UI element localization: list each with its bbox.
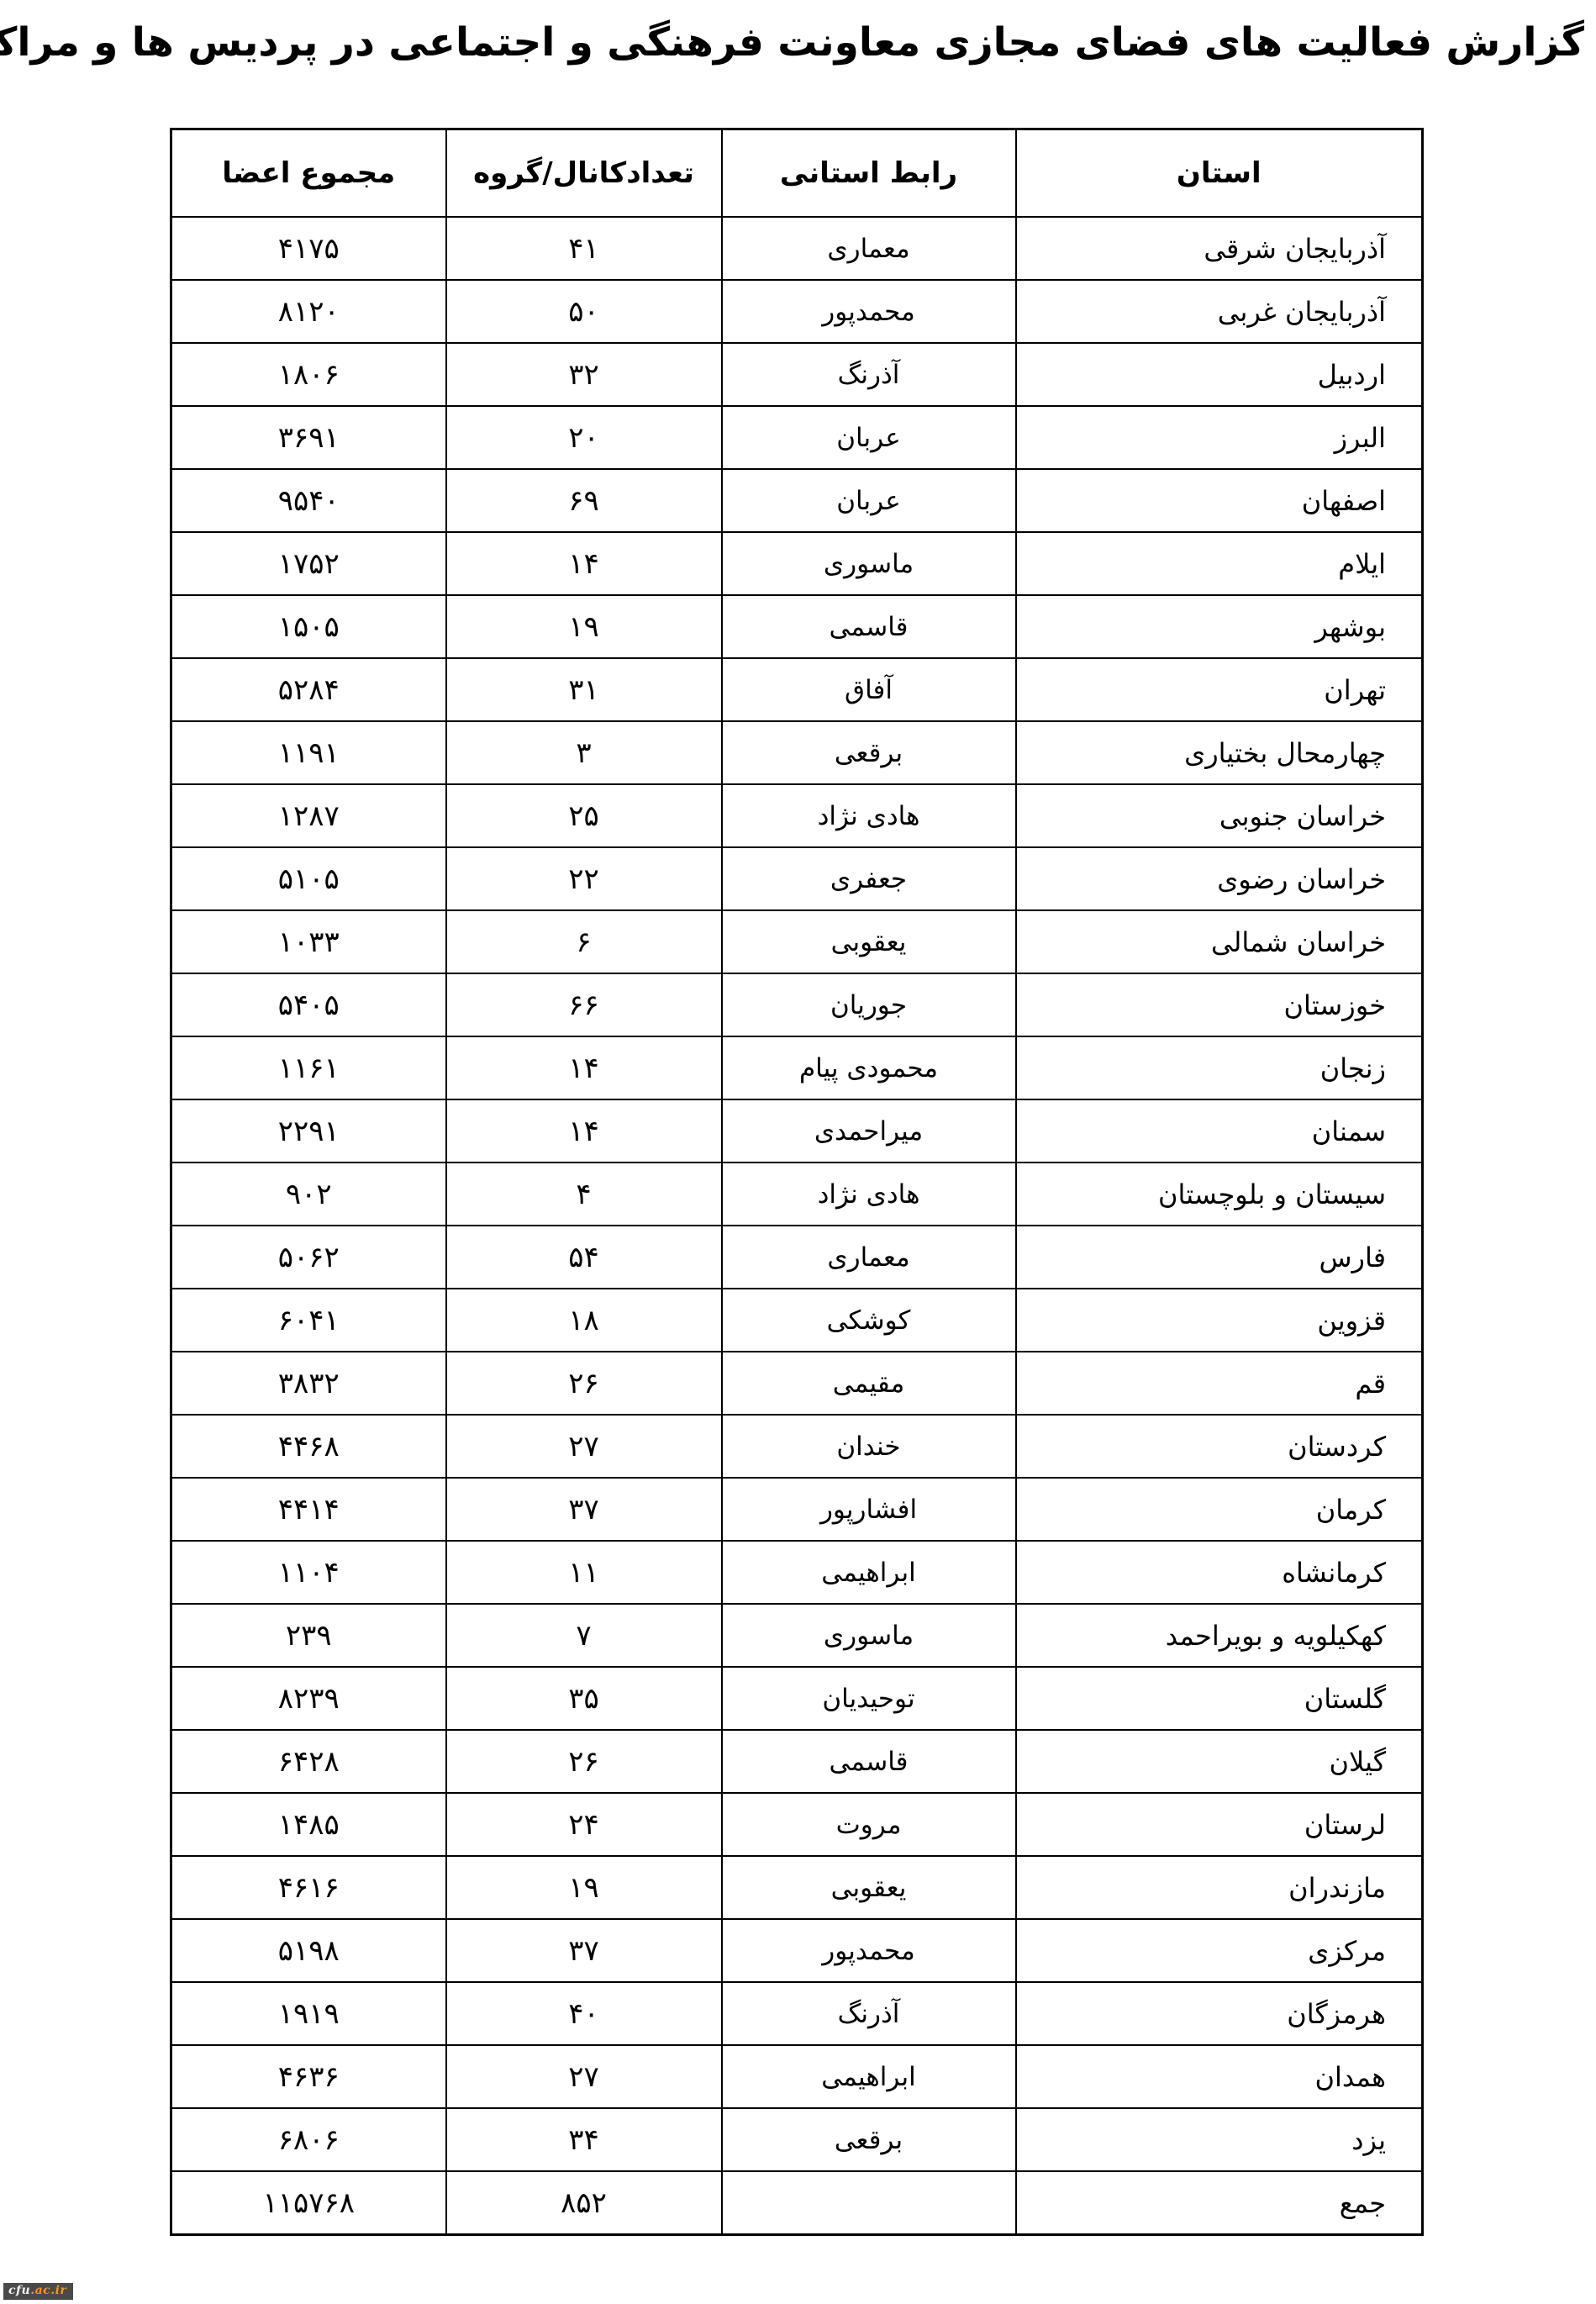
table-row-cell-channels: ۶	[446, 910, 722, 973]
table-row-cell-channels: ۲۲	[446, 847, 722, 910]
table-row-cell-province: خراسان جنوبی	[1016, 784, 1423, 847]
table-row: سمنانمیراحمدی۱۴۲۲۹۱	[171, 1099, 1423, 1163]
table-row-cell-channels: ۴۰	[446, 1982, 722, 2045]
table-row: همدانابراهیمی۲۷۴۶۳۶	[171, 2045, 1423, 2108]
total-row-cell-liaison	[722, 2171, 1016, 2235]
table-row-cell-members: ۱۱۶۱	[171, 1036, 446, 1099]
table-row-cell-province: کرمانشاه	[1016, 1541, 1423, 1604]
table-row-cell-province: سمنان	[1016, 1099, 1423, 1163]
table-row-cell-members: ۳۶۹۱	[171, 406, 446, 469]
table-row: خراسان رضویجعفری۲۲۵۱۰۵	[171, 847, 1423, 910]
table-row-cell-channels: ۲۶	[446, 1352, 722, 1415]
table-row-cell-members: ۸۱۲۰	[171, 280, 446, 343]
table-row-cell-liaison: یعقوبی	[722, 910, 1016, 973]
table-row: کردستانخندان۲۷۴۴۶۸	[171, 1415, 1423, 1478]
table-row: کرمانافشارپور۳۷۴۴۱۴	[171, 1478, 1423, 1541]
table-row-cell-province: فارس	[1016, 1226, 1423, 1289]
table-row-cell-liaison: ماسوری	[722, 1604, 1016, 1667]
table-row-cell-liaison: میراحمدی	[722, 1099, 1016, 1163]
table-row-cell-province: مرکزی	[1016, 1919, 1423, 1982]
table-row-cell-channels: ۱۴	[446, 1036, 722, 1099]
table-row-cell-liaison: عربان	[722, 406, 1016, 469]
table-row-cell-province: کردستان	[1016, 1415, 1423, 1478]
table-row-cell-channels: ۳۱	[446, 658, 722, 721]
table-row-cell-liaison: ابراهیمی	[722, 1541, 1016, 1604]
col-header-channels: تعدادکانال/گروه	[446, 129, 722, 218]
table-row-cell-channels: ۶۹	[446, 469, 722, 532]
table-row: فارسمعماری۵۴۵۰۶۲	[171, 1226, 1423, 1289]
table-row: آذربایجان غربیمحمدپور۵۰۸۱۲۰	[171, 280, 1423, 343]
table-row-cell-province: آذربایجان غربی	[1016, 280, 1423, 343]
table-row-cell-channels: ۳۷	[446, 1919, 722, 1982]
table-row-cell-province: همدان	[1016, 2045, 1423, 2108]
table-body: آذربایجان شرقیمعماری۴۱۴۱۷۵آذربایجان غربی…	[171, 217, 1423, 2235]
table-row: هرمزگانآذرنگ۴۰۱۹۱۹	[171, 1982, 1423, 2045]
table-row-cell-members: ۴۶۱۶	[171, 1856, 446, 1919]
table-row-cell-liaison: آذرنگ	[722, 1982, 1016, 2045]
table-row: البرزعربان۲۰۳۶۹۱	[171, 406, 1423, 469]
table-row-cell-province: مازندران	[1016, 1856, 1423, 1919]
table-row-cell-province: سیستان و بلوچستان	[1016, 1163, 1423, 1226]
table-row-cell-members: ۱۹۱۹	[171, 1982, 446, 2045]
table-row-cell-members: ۱۱۹۱	[171, 721, 446, 784]
report-page: گزارش فعالیت های فضای مجازی معاونت فرهنگ…	[0, 0, 1596, 68]
table-row-cell-province: بوشهر	[1016, 595, 1423, 658]
table-row-cell-members: ۵۴۰۵	[171, 973, 446, 1036]
table-row-cell-channels: ۳	[446, 721, 722, 784]
table-row-cell-liaison: مروت	[722, 1793, 1016, 1856]
table-row: بوشهرقاسمی۱۹۱۵۰۵	[171, 595, 1423, 658]
col-header-members: مجموع اعضا	[171, 129, 446, 218]
table-row-cell-channels: ۲۴	[446, 1793, 722, 1856]
page-title: گزارش فعالیت های فضای مجازی معاونت فرهنگ…	[0, 0, 1596, 68]
col-header-province: استان	[1016, 129, 1423, 218]
table-row: گلستانتوحیدیان۳۵۸۲۳۹	[171, 1667, 1423, 1730]
table-row-cell-members: ۲۳۹	[171, 1604, 446, 1667]
table-row-cell-liaison: هادی نژاد	[722, 784, 1016, 847]
table-row-cell-channels: ۱۴	[446, 532, 722, 595]
table-row: قممقیمی۲۶۳۸۳۲	[171, 1352, 1423, 1415]
table-row-cell-members: ۱۰۳۳	[171, 910, 446, 973]
table-row-cell-channels: ۳۷	[446, 1478, 722, 1541]
table-row: آذربایجان شرقیمعماری۴۱۴۱۷۵	[171, 217, 1423, 280]
table-row: اصفهانعربان۶۹۹۵۴۰	[171, 469, 1423, 532]
table-row-cell-liaison: معماری	[722, 1226, 1016, 1289]
table-row: خوزستانجوریان۶۶۵۴۰۵	[171, 973, 1423, 1036]
table-row: خراسان شمالییعقوبی۶۱۰۳۳	[171, 910, 1423, 973]
table-row: گیلانقاسمی۲۶۶۴۲۸	[171, 1730, 1423, 1793]
table-row-cell-channels: ۲۶	[446, 1730, 722, 1793]
table-row: اردبیلآذرنگ۳۲۱۸۰۶	[171, 343, 1423, 406]
table-row-cell-liaison: یعقوبی	[722, 1856, 1016, 1919]
table-row-cell-liaison: قاسمی	[722, 595, 1016, 658]
table-row-cell-members: ۶۴۲۸	[171, 1730, 446, 1793]
watermark-cfu-ac-ir: cfu.ac.ir	[3, 2283, 73, 2300]
table-row: زنجانمحمودی پیام۱۴۱۱۶۱	[171, 1036, 1423, 1099]
table-row-cell-members: ۹۰۲	[171, 1163, 446, 1226]
table-row-cell-members: ۴۴۱۴	[171, 1478, 446, 1541]
table-row-cell-channels: ۲۵	[446, 784, 722, 847]
table-row-cell-channels: ۳۵	[446, 1667, 722, 1730]
table-row: کهکیلویه و بویراحمدماسوری۷۲۳۹	[171, 1604, 1423, 1667]
total-row: جمع۸۵۲۱۱۵۷۶۸	[171, 2171, 1423, 2235]
table-row-cell-channels: ۱۹	[446, 1856, 722, 1919]
table-row-cell-channels: ۱۴	[446, 1099, 722, 1163]
table-row-cell-members: ۵۲۸۴	[171, 658, 446, 721]
table-row-cell-members: ۴۶۳۶	[171, 2045, 446, 2108]
table-row-cell-members: ۵۱۰۵	[171, 847, 446, 910]
table-row-cell-province: قم	[1016, 1352, 1423, 1415]
watermark-suffix-label: .ac.ir	[30, 2284, 66, 2297]
table-row-cell-liaison: عربان	[722, 469, 1016, 532]
table-row-cell-liaison: توحیدیان	[722, 1667, 1016, 1730]
table-row-cell-province: لرستان	[1016, 1793, 1423, 1856]
table-row-cell-liaison: محمدپور	[722, 1919, 1016, 1982]
col-header-liaison: رابط استانی	[722, 129, 1016, 218]
table-row-cell-members: ۲۲۹۱	[171, 1099, 446, 1163]
table-row: چهارمحال بختیاریبرقعی۳۱۱۹۱	[171, 721, 1423, 784]
table-row-cell-members: ۸۲۳۹	[171, 1667, 446, 1730]
table-row-cell-liaison: معماری	[722, 217, 1016, 280]
total-row-cell-channels: ۸۵۲	[446, 2171, 722, 2235]
table-row-cell-liaison: برقعی	[722, 721, 1016, 784]
total-row-cell-members: ۱۱۵۷۶۸	[171, 2171, 446, 2235]
table-row: تهرانآفاق۳۱۵۲۸۴	[171, 658, 1423, 721]
table-row-cell-channels: ۶۶	[446, 973, 722, 1036]
table-row-cell-members: ۶۸۰۶	[171, 2108, 446, 2171]
table-row: مرکزیمحمدپور۳۷۵۱۹۸	[171, 1919, 1423, 1982]
table-row-cell-channels: ۵۴	[446, 1226, 722, 1289]
table-row-cell-members: ۱۱۰۴	[171, 1541, 446, 1604]
table-row-cell-liaison: قاسمی	[722, 1730, 1016, 1793]
table-row-cell-province: گیلان	[1016, 1730, 1423, 1793]
table-row-cell-channels: ۲۰	[446, 406, 722, 469]
table-row-cell-province: خراسان شمالی	[1016, 910, 1423, 973]
table-row-cell-channels: ۴۱	[446, 217, 722, 280]
table-row-cell-liaison: محمدپور	[722, 280, 1016, 343]
table-row-cell-liaison: افشارپور	[722, 1478, 1016, 1541]
table-row-cell-province: کرمان	[1016, 1478, 1423, 1541]
table-row-cell-province: هرمزگان	[1016, 1982, 1423, 2045]
table-row: قزوینکوشکی۱۸۶۰۴۱	[171, 1289, 1423, 1352]
table-row-cell-province: کهکیلویه و بویراحمد	[1016, 1604, 1423, 1667]
table-row-cell-province: البرز	[1016, 406, 1423, 469]
table-row-cell-members: ۱۸۰۶	[171, 343, 446, 406]
table-row-cell-province: یزد	[1016, 2108, 1423, 2171]
table-row-cell-province: اصفهان	[1016, 469, 1423, 532]
table-row-cell-members: ۱۵۰۵	[171, 595, 446, 658]
table-row-cell-province: چهارمحال بختیاری	[1016, 721, 1423, 784]
table-row-cell-liaison: خندان	[722, 1415, 1016, 1478]
table-row-cell-liaison: ماسوری	[722, 532, 1016, 595]
table-row-cell-channels: ۱۱	[446, 1541, 722, 1604]
table-row-cell-liaison: محمودی پیام	[722, 1036, 1016, 1099]
table-row: سیستان و بلوچستانهادی نژاد۴۹۰۲	[171, 1163, 1423, 1226]
table-row-cell-members: ۶۰۴۱	[171, 1289, 446, 1352]
table-row-cell-members: ۴۱۷۵	[171, 217, 446, 280]
table-row-cell-liaison: جوریان	[722, 973, 1016, 1036]
table-row-cell-channels: ۷	[446, 1604, 722, 1667]
header-row: استان رابط استانی تعدادکانال/گروه مجموع …	[171, 129, 1423, 218]
table-row-cell-liaison: مقیمی	[722, 1352, 1016, 1415]
table-row: مازندرانیعقوبی۱۹۴۶۱۶	[171, 1856, 1423, 1919]
table-row-cell-province: زنجان	[1016, 1036, 1423, 1099]
table-row-cell-members: ۵۰۶۲	[171, 1226, 446, 1289]
table-row-cell-channels: ۵۰	[446, 280, 722, 343]
table-row-cell-channels: ۲۷	[446, 2045, 722, 2108]
table-row-cell-members: ۱۷۵۲	[171, 532, 446, 595]
table-row-cell-liaison: کوشکی	[722, 1289, 1016, 1352]
table-row-cell-channels: ۳۲	[446, 343, 722, 406]
table-row-cell-members: ۵۱۹۸	[171, 1919, 446, 1982]
table-row-cell-members: ۹۵۴۰	[171, 469, 446, 532]
table-row-cell-liaison: ابراهیمی	[722, 2045, 1016, 2108]
watermark-site-label: cfu	[8, 2284, 30, 2297]
table-row-cell-liaison: هادی نژاد	[722, 1163, 1016, 1226]
table-row: لرستانمروت۲۴۱۴۸۵	[171, 1793, 1423, 1856]
table-row: یزدبرقعی۳۴۶۸۰۶	[171, 2108, 1423, 2171]
table-row: خراسان جنوبیهادی نژاد۲۵۱۲۸۷	[171, 784, 1423, 847]
table-row-cell-province: اردبیل	[1016, 343, 1423, 406]
table-row-cell-province: تهران	[1016, 658, 1423, 721]
table-row-cell-members: ۴۴۶۸	[171, 1415, 446, 1478]
table-row-cell-members: ۱۴۸۵	[171, 1793, 446, 1856]
table-row-cell-liaison: جعفری	[722, 847, 1016, 910]
table-row-cell-province: گلستان	[1016, 1667, 1423, 1730]
table-row-cell-members: ۳۸۳۲	[171, 1352, 446, 1415]
table-row-cell-channels: ۳۴	[446, 2108, 722, 2171]
table-row-cell-liaison: برقعی	[722, 2108, 1016, 2171]
table-row-cell-province: خوزستان	[1016, 973, 1423, 1036]
table-row-cell-province: قزوین	[1016, 1289, 1423, 1352]
total-row-cell-province: جمع	[1016, 2171, 1423, 2235]
table-row: ایلامماسوری۱۴۱۷۵۲	[171, 532, 1423, 595]
table-row-cell-members: ۱۲۸۷	[171, 784, 446, 847]
table-row-cell-channels: ۱۸	[446, 1289, 722, 1352]
table-row-cell-channels: ۴	[446, 1163, 722, 1226]
table-row-cell-province: ایلام	[1016, 532, 1423, 595]
table-row: کرمانشاهابراهیمی۱۱۱۱۰۴	[171, 1541, 1423, 1604]
table-row-cell-province: آذربایجان شرقی	[1016, 217, 1423, 280]
table-row-cell-liaison: آفاق	[722, 658, 1016, 721]
table-row-cell-liaison: آذرنگ	[722, 343, 1016, 406]
table-row-cell-channels: ۲۷	[446, 1415, 722, 1478]
table-row-cell-channels: ۱۹	[446, 595, 722, 658]
table-row-cell-province: خراسان رضوی	[1016, 847, 1423, 910]
report-table: استان رابط استانی تعدادکانال/گروه مجموع …	[170, 128, 1424, 2236]
